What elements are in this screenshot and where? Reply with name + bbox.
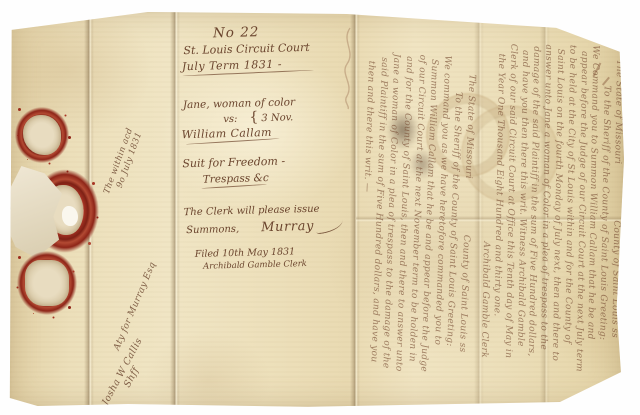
suit-type-line2: Trespass &c: [203, 170, 355, 186]
summons-word: Summons,: [186, 223, 239, 235]
clerk-signature: Archibald Gamble Clerk: [203, 257, 357, 271]
fold-crease-2: [170, 10, 180, 408]
court-name: St. Louis Circuit Court: [183, 40, 351, 57]
writ-county-heading: County of Saint Louis ss: [457, 235, 471, 353]
writ-state-heading: The State of Missouri: [612, 46, 624, 165]
versus-note: 3 Nov.: [261, 113, 293, 125]
wax-seal-bottom: [16, 250, 78, 316]
background: The within acd 9o July 1831 Aty for Murr…: [0, 0, 640, 415]
versus-label: vs:: [223, 114, 237, 125]
summons-right-page: The State of MissouriCounty of Saint Lou…: [477, 43, 625, 378]
wax-specks: [18, 256, 21, 259]
versus-line: vs:{3 Nov.: [223, 107, 353, 126]
wax-gap: [62, 206, 78, 226]
attorney-signature: Murray: [261, 218, 314, 234]
wax-seal-center: [23, 115, 61, 154]
return-signature: Josha W Callis Shff: [100, 336, 154, 412]
wax-specks: [18, 108, 21, 111]
wax-seal-center: [25, 260, 68, 306]
paper-sheet: The within acd 9o July 1831 Aty for Murr…: [8, 10, 624, 408]
signature-paraph-icon: [314, 217, 344, 234]
case-number: No 22: [213, 22, 351, 42]
term-line: July Term 1831 -: [182, 56, 352, 73]
summons-center-page: The State of MissouriCounty of Saint Lou…: [353, 53, 479, 392]
wax-seal-top: [14, 106, 70, 164]
brace-glyph: {: [249, 109, 258, 125]
writ-county-heading: County of Saint Louis ss: [609, 220, 621, 338]
sheriff-return-note: The within acd 9o July 1831: [102, 127, 145, 199]
docket-panel: No 22 St. Louis Circuit Court July Term …: [179, 22, 357, 272]
